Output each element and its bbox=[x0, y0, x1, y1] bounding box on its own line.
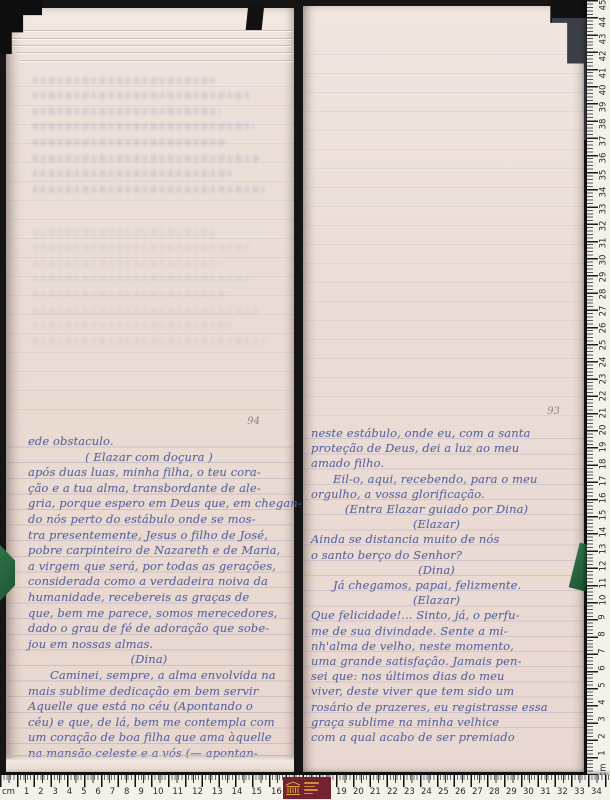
hruler-labels-left: cm12345678910111213141516 bbox=[2, 787, 282, 797]
ruler-number: 27 bbox=[598, 306, 608, 317]
handwritten-line: ede obstaculo. bbox=[28, 434, 290, 450]
handwritten-line: com a qual acabo de ser premiado bbox=[311, 730, 582, 745]
ruler-number: 38 bbox=[598, 119, 608, 130]
ruler-number: 25 bbox=[438, 787, 449, 797]
ruler-number: 7 bbox=[110, 787, 115, 797]
bleed-through-line bbox=[32, 291, 227, 298]
ruler-number: cm bbox=[2, 787, 15, 797]
ruler-number: 16 bbox=[271, 787, 282, 797]
ruler-number: 11 bbox=[598, 578, 608, 589]
ruler-number: 12 bbox=[598, 561, 608, 572]
handwritten-line: graça sublime na minha velhice bbox=[311, 715, 582, 730]
ruler-number: 1 bbox=[598, 750, 608, 755]
ruler-number: 31 bbox=[540, 787, 551, 797]
ruler-number: 33 bbox=[598, 204, 608, 215]
bleed-through-line bbox=[32, 92, 250, 99]
bleed-through-line bbox=[32, 170, 232, 177]
handwritten-line: Caminei, sempre, a alma envolvida na bbox=[28, 668, 290, 684]
ruler-number: 34 bbox=[598, 187, 608, 198]
ruler-number: 20 bbox=[598, 425, 608, 436]
ruler-number: 18 bbox=[598, 459, 608, 470]
ruler-number: 19 bbox=[598, 442, 608, 453]
vertical-ruler: 4544434241403938373635343332313029282726… bbox=[587, 0, 610, 775]
ruler-number: 37 bbox=[598, 136, 608, 147]
handwritten-line: que, bem me parece, somos merecedores, bbox=[28, 606, 290, 622]
building-emblem-icon bbox=[285, 781, 301, 796]
ruler-number: 15 bbox=[251, 787, 262, 797]
handwritten-line: após duas luas, minha filha, o teu cora- bbox=[28, 465, 290, 481]
bleed-through-upper bbox=[28, 68, 284, 193]
ruler-number: 35 bbox=[598, 170, 608, 181]
ruler-number: 32 bbox=[598, 221, 608, 232]
bleed-through-line bbox=[32, 108, 221, 115]
ruler-number: 45 bbox=[598, 0, 608, 10]
bleed-through-line bbox=[32, 275, 255, 282]
sheet-edge bbox=[16, 52, 292, 53]
handwritten-line: ção e a tua alma, transbordante de ale- bbox=[28, 481, 290, 497]
ruler-number: 26 bbox=[455, 787, 466, 797]
handwritten-line: neste estábulo, onde eu, com a santa bbox=[311, 426, 582, 441]
sheet-edge bbox=[8, 30, 292, 31]
right-page-number: 93 bbox=[547, 406, 560, 417]
ruler-number: 4 bbox=[598, 699, 608, 704]
ruler-number: 32 bbox=[557, 787, 568, 797]
sheet-edge bbox=[12, 45, 292, 46]
handwritten-line: Ainda se distancia muito de nós bbox=[311, 532, 582, 547]
right-page-lines: neste estábulo, onde eu, com a santaprot… bbox=[311, 426, 582, 745]
ruler-number: 3 bbox=[598, 716, 608, 721]
right-page: 93 neste estábulo, onde eu, com a santap… bbox=[303, 6, 584, 772]
handwritten-line: Já chegamos, papai, felizmente. bbox=[311, 578, 582, 593]
handwritten-line: rosário de prazeres, eu registrasse essa bbox=[311, 700, 582, 715]
ruler-number: 41 bbox=[598, 68, 608, 79]
bleed-through-line bbox=[32, 229, 216, 236]
ruler-number: 23 bbox=[598, 374, 608, 385]
ruler-number: 28 bbox=[598, 289, 608, 300]
black-tab bbox=[552, 0, 590, 18]
institution-stamp bbox=[283, 777, 331, 799]
ruler-number: 13 bbox=[212, 787, 223, 797]
handwritten-line: mais sublime dedicação em bem servir bbox=[28, 684, 290, 700]
ruler-number: 5 bbox=[81, 787, 86, 797]
handwritten-line: sei que: nos últimos dias do meu bbox=[311, 669, 582, 684]
handwritten-line: ( Elazar com doçura ) bbox=[28, 450, 290, 466]
left-page: 94 ede obstaculo.( Elazar com doçura )ap… bbox=[6, 8, 294, 772]
handwritten-line: (Elazar) bbox=[311, 593, 582, 608]
handwritten-line: Aquelle que está no céu (Apontando o bbox=[28, 699, 290, 715]
vruler-labels: 4544434241403938373635343332313029282726… bbox=[596, 0, 610, 775]
handwritten-line: humanidade, recebereis as graças de bbox=[28, 590, 290, 606]
handwritten-line: Eil-o, aqui, recebendo, para o meu bbox=[311, 472, 582, 487]
bleed-through-line bbox=[32, 307, 260, 314]
ruler-number: 6 bbox=[95, 787, 100, 797]
handwritten-line: a virgem que será, por todas as gerações… bbox=[28, 559, 290, 575]
ruler-number: 16 bbox=[598, 493, 608, 504]
handwritten-line: (Entra Elazar guiado por Dina) bbox=[311, 502, 582, 517]
ruler-number: 42 bbox=[598, 51, 608, 62]
ruler-number: 1 bbox=[24, 787, 29, 797]
handwritten-line: pobre carpinteiro de Nazareth e de Maria… bbox=[28, 543, 290, 559]
handwritten-line: tra presentemente, Jesus o filho de José… bbox=[28, 528, 290, 544]
ruler-number: 27 bbox=[472, 787, 483, 797]
ruler-number: 13 bbox=[598, 544, 608, 555]
ruler-number: 26 bbox=[598, 323, 608, 334]
bleed-through-line bbox=[32, 260, 221, 267]
ruler-number: 33 bbox=[574, 787, 585, 797]
handwritten-line: amado filho. bbox=[311, 456, 582, 471]
ruler-number: 3 bbox=[52, 787, 57, 797]
handwritten-line: gria, porque espero em Deus que, em cheg… bbox=[28, 496, 290, 512]
ruler-number: 29 bbox=[506, 787, 517, 797]
ruler-number: 43 bbox=[598, 34, 608, 45]
scanned-manuscript: 94 ede obstaculo.( Elazar com doçura )ap… bbox=[0, 0, 610, 800]
handwritten-line: Que felicidade!... Sinto, já, o perfu- bbox=[311, 608, 582, 623]
handwritten-line: um coração de boa filha que ama àquelle bbox=[28, 730, 290, 746]
ruler-number: 30 bbox=[523, 787, 534, 797]
ruler-number: 30 bbox=[598, 255, 608, 266]
ruler-number: 8 bbox=[598, 631, 608, 636]
ruler-number: 28 bbox=[489, 787, 500, 797]
ruler-number: 2 bbox=[598, 733, 608, 738]
bleed-through-line bbox=[32, 155, 260, 162]
ruler-number: 22 bbox=[598, 391, 608, 402]
stamp-text-lines bbox=[304, 782, 329, 794]
ruler-number: 15 bbox=[598, 510, 608, 521]
bleed-through-lower bbox=[28, 220, 284, 345]
ruler-number: 36 bbox=[598, 153, 608, 164]
handwritten-line: orgulho, a vossa glorificação. bbox=[311, 487, 582, 502]
ruler-number: 5 bbox=[598, 682, 608, 687]
ruler-number: 2 bbox=[38, 787, 43, 797]
ruled-lines-faint bbox=[303, 36, 584, 416]
ruler-number: 25 bbox=[598, 340, 608, 351]
ruler-number: 11 bbox=[172, 787, 183, 797]
ruler-number: 9 bbox=[598, 614, 608, 619]
handwritten-line: (Dina) bbox=[28, 652, 290, 668]
ruler-number: 6 bbox=[598, 665, 608, 670]
bleed-through-line bbox=[32, 123, 255, 130]
ruler-number: 21 bbox=[370, 787, 381, 797]
ruler-number: 23 bbox=[404, 787, 415, 797]
sheet-edge bbox=[20, 60, 292, 61]
ruler-number: 21 bbox=[598, 408, 608, 419]
ruler-number: 7 bbox=[598, 648, 608, 653]
ruler-number: 4 bbox=[67, 787, 72, 797]
ruler-number: 8 bbox=[124, 787, 129, 797]
bleed-through-line bbox=[32, 186, 265, 193]
ruler-number: 10 bbox=[153, 787, 164, 797]
handwritten-line: uma grande satisfação. Jamais pen- bbox=[311, 654, 582, 669]
ruler-number: 31 bbox=[598, 238, 608, 249]
ruler-number: 14 bbox=[598, 527, 608, 538]
handwritten-line: considerada como a verdadeira noiva da bbox=[28, 574, 290, 590]
ruler-number: 19 bbox=[336, 787, 347, 797]
handwritten-line: jou em nossas almas. bbox=[28, 637, 290, 653]
ruler-number: 22 bbox=[387, 787, 398, 797]
bleed-through-line bbox=[32, 244, 250, 251]
handwritten-line: do nós perto do estábulo onde se mos- bbox=[28, 512, 290, 528]
left-page-lines: ede obstaculo.( Elazar com doçura )após … bbox=[28, 434, 290, 761]
bleed-through-line bbox=[32, 77, 216, 84]
sheet-edge-stack-bottom bbox=[6, 755, 294, 772]
handwritten-line: (Elazar) bbox=[311, 517, 582, 532]
ruler-number: 12 bbox=[192, 787, 203, 797]
ruler-number: 29 bbox=[598, 272, 608, 283]
handwritten-line: (Dina) bbox=[311, 563, 582, 578]
ruler-number: 10 bbox=[598, 595, 608, 606]
handwritten-line: proteção de Deus, dei a luz ao meu bbox=[311, 441, 582, 456]
black-tab bbox=[246, 4, 265, 30]
handwritten-line: nh'alma de velho, neste momento, bbox=[311, 639, 582, 654]
ruler-number: 14 bbox=[232, 787, 243, 797]
handwritten-line: me de sua divindade. Sente a mi- bbox=[311, 624, 582, 639]
ruler-number: 44 bbox=[598, 17, 608, 28]
sheet-edge bbox=[8, 38, 292, 39]
bleed-through-line bbox=[32, 338, 265, 345]
ruler-number: 39 bbox=[598, 102, 608, 113]
ruler-number: 9 bbox=[138, 787, 143, 797]
handwritten-line: viver, deste viver que tem sido um bbox=[311, 684, 582, 699]
handwritten-line: céu) e que, de lá, bem me contempla com bbox=[28, 715, 290, 731]
bleed-through-line bbox=[32, 139, 227, 146]
ruler-number: 24 bbox=[421, 787, 432, 797]
hruler-labels-right: 19202122232425262728293031323334 bbox=[336, 787, 602, 797]
ruler-number: 17 bbox=[598, 476, 608, 487]
ruler-number: 20 bbox=[353, 787, 364, 797]
ruler-number: 24 bbox=[598, 357, 608, 368]
handwritten-line: o santo berço do Senhor? bbox=[311, 548, 582, 563]
ruler-number: 40 bbox=[598, 85, 608, 96]
handwritten-line: dado o grau de fé de adoração que sobe- bbox=[28, 621, 290, 637]
ruler-number: 34 bbox=[591, 787, 602, 797]
bleed-through-line bbox=[32, 322, 232, 329]
left-page-number: 94 bbox=[247, 416, 260, 427]
